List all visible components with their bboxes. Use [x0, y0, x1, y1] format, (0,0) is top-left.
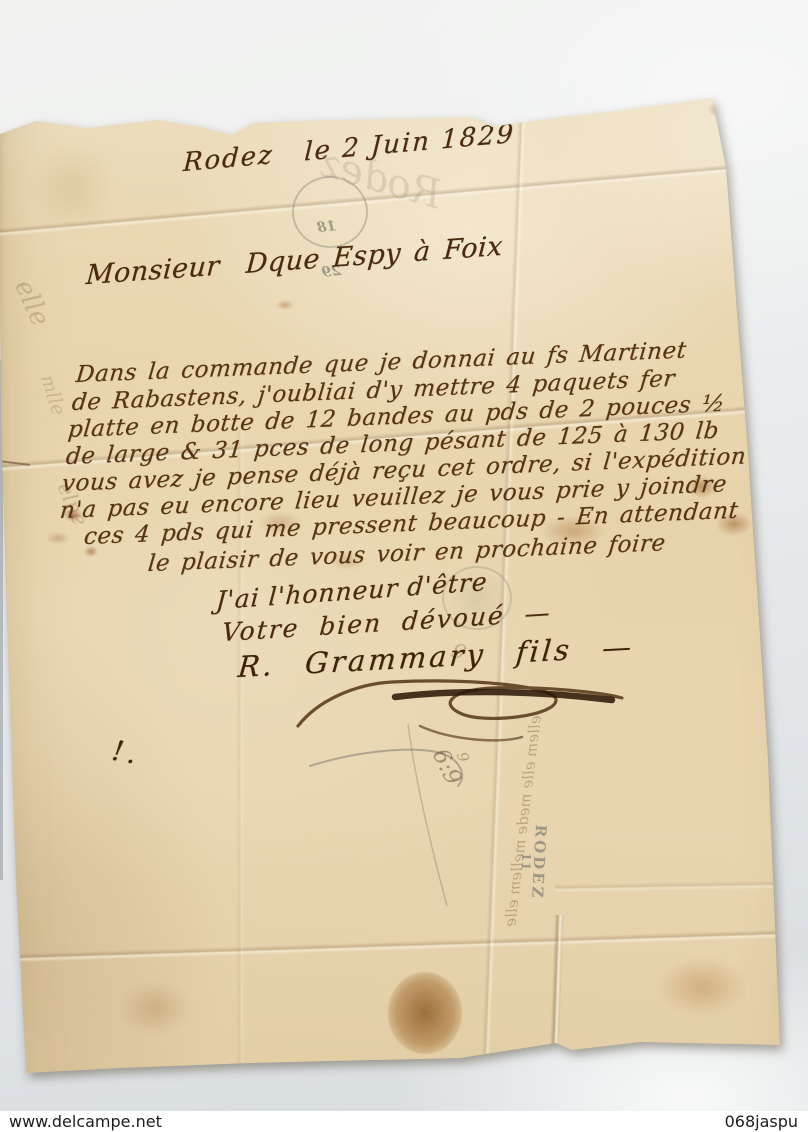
- letter-salutation: Monsieur Dque Espy à Foix: [85, 231, 504, 291]
- fold-crease-top: [0, 163, 743, 237]
- pencil-mark-2: 9: [453, 749, 473, 764]
- letter-dateline: Rodez le 2 Juin 1829: [182, 119, 516, 178]
- tear-mark-left: [0, 460, 30, 466]
- pencil-curve: [310, 750, 462, 786]
- fold-crumple-bottom: [550, 915, 564, 1055]
- ghost-script-left-2: mlle: [36, 372, 70, 418]
- pencil-line: [408, 724, 447, 906]
- stain-left-edge-3: [46, 532, 70, 544]
- fold-crease-right-small: [555, 880, 790, 893]
- photo-background: 18 29 Rodez elle mlle elne ellem elle me…: [0, 0, 808, 1132]
- stain-bottom-right: [658, 958, 746, 1016]
- stain-bottom-left: [120, 982, 190, 1034]
- letter-paper-shadow: 18 29 Rodez elle mlle elne ellem elle me…: [0, 0, 808, 1132]
- ink-exclamation-mark: !.: [109, 734, 142, 771]
- watermark-site-text: www.delcampe.net: [9, 1112, 162, 1131]
- stain-wax-seal: [388, 972, 462, 1054]
- watermark-seller-id: 068jaspu: [725, 1112, 798, 1131]
- letter-paper: 18 29 Rodez elle mlle elne ellem elle me…: [0, 0, 808, 1132]
- ghost-script-left-1: elle: [8, 275, 55, 331]
- stain-top-left-faint: [30, 140, 115, 235]
- pencil-mark-1: 6:9: [427, 745, 467, 790]
- stain-top-right-corner: [708, 102, 732, 117]
- ghost-script-column: ellem elle mede mellem elle: [499, 696, 547, 946]
- fold-crease-bottom: [0, 929, 795, 963]
- stain-salutation-dot: [276, 300, 294, 310]
- ghost-postmark-circle-top: [292, 176, 368, 248]
- ghost-postmark-rodez: RODEZ 11: [506, 815, 551, 909]
- watermark-bar: www.delcampe.net 068jaspu: [0, 1111, 808, 1132]
